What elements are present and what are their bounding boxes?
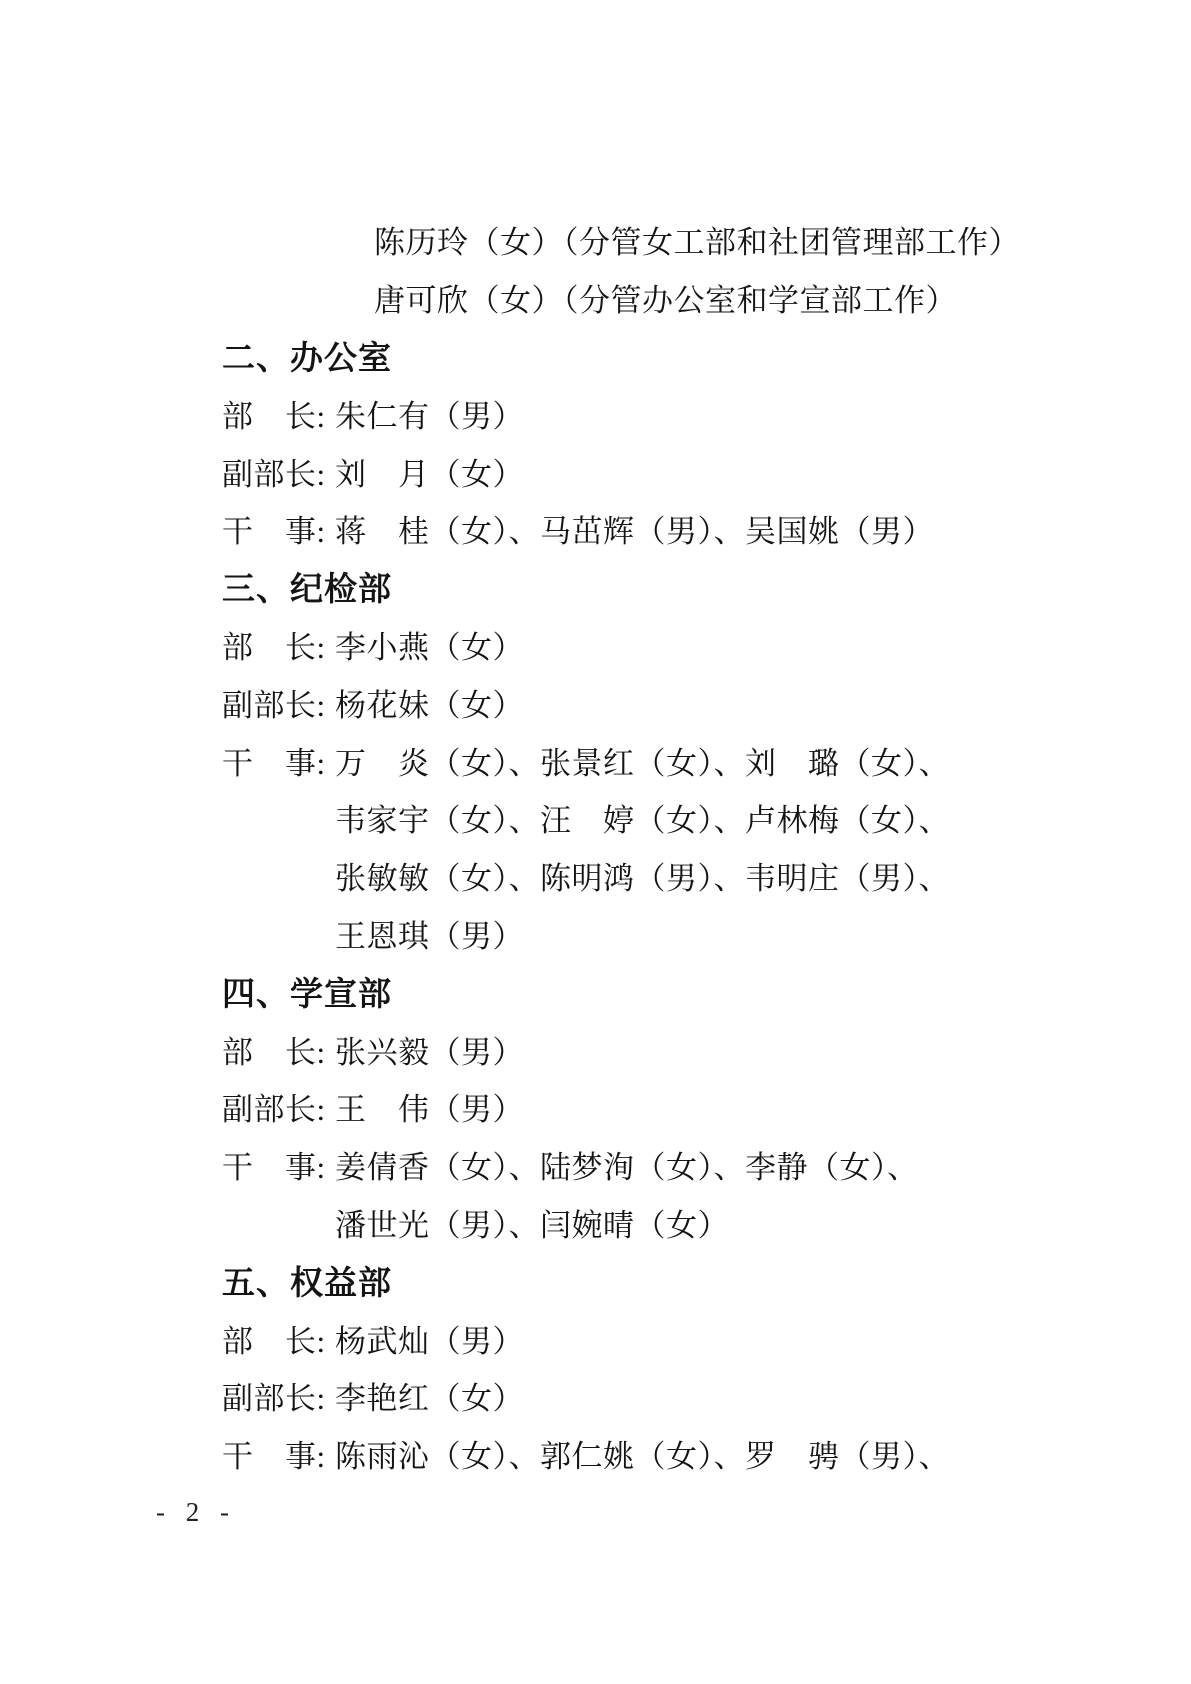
role-row: 部 长: 朱仁有（男） — [222, 384, 1012, 442]
role-label: 副部长: — [222, 449, 335, 494]
role-row: 部 长: 李小燕（女） — [222, 616, 1012, 674]
role-label: 部 长: — [222, 622, 335, 667]
role-row: 副部长: 杨花妹（女） — [222, 673, 1012, 731]
duty-line: 唐可欣（女）（分管办公室和学宣部工作） — [222, 269, 1012, 327]
role-label: 副部长: — [222, 1084, 335, 1129]
role-label: 干 事: — [222, 1142, 335, 1187]
members-line: 潘世光（男）、闫婉晴（女） — [335, 1200, 729, 1245]
role-row: 副部长: 王 伟（男） — [222, 1078, 1012, 1136]
role-row: 部 长: 杨武灿（男） — [222, 1309, 1012, 1367]
members-line: 王 伟（男） — [335, 1084, 524, 1129]
members-line: 李小燕（女） — [335, 622, 524, 667]
role-row: 干 事: 陈雨沁（女）、郭仁姚（女）、罗 骋（男）、 — [222, 1425, 1012, 1483]
role-row: 副部长: 刘 月（女） — [222, 442, 1012, 500]
duty-line: 陈历玲（女）（分管女工部和社团管理部工作） — [222, 211, 1012, 269]
members-line: 李艳红（女） — [335, 1373, 524, 1418]
members-line: 韦家宇（女）、汪 婷（女）、卢林梅（女）、 — [335, 795, 950, 840]
members-line: 杨武灿（男） — [335, 1316, 524, 1361]
section-heading-text: 五、权益部 — [222, 1257, 392, 1304]
members-line: 张敏敏（女）、陈明鸿（男）、韦明庄（男）、 — [335, 853, 950, 898]
role-label: 部 长: — [222, 391, 335, 436]
members-line: 万 炎（女）、张景红（女）、刘 璐（女）、 — [335, 738, 950, 783]
members-continuation-line: 韦家宇（女）、汪 婷（女）、卢林梅（女）、 — [222, 789, 1012, 847]
members-line: 刘 月（女） — [335, 449, 524, 494]
members-line: 杨花妹（女） — [335, 680, 524, 725]
role-label: 副部长: — [222, 680, 335, 725]
role-label: 干 事: — [222, 506, 335, 551]
document-page: 陈历玲（女）（分管女工部和社团管理部工作） 唐可欣（女）（分管办公室和学宣部工作… — [0, 0, 1191, 1684]
role-row: 副部长: 李艳红（女） — [222, 1367, 1012, 1425]
section-heading-rights: 五、权益部 — [222, 1251, 1012, 1309]
role-label: 干 事: — [222, 1431, 335, 1476]
members-continuation-line: 张敏敏（女）、陈明鸿（男）、韦明庄（男）、 — [222, 847, 1012, 905]
members-line: 陈雨沁（女）、郭仁姚（女）、罗 骋（男）、 — [335, 1431, 950, 1476]
role-row: 部 长: 张兴毅（男） — [222, 1020, 1012, 1078]
members-line: 蒋 桂（女）、马茁辉（男）、吴国姚（男） — [335, 506, 934, 551]
duty-line-text: 陈历玲（女）（分管女工部和社团管理部工作） — [374, 217, 1020, 262]
role-row: 干 事: 蒋 桂（女）、马茁辉（男）、吴国姚（男） — [222, 500, 1012, 558]
section-heading-office: 二、办公室 — [222, 327, 1012, 385]
section-heading-publicity: 四、学宣部 — [222, 962, 1012, 1020]
role-label: 部 长: — [222, 1027, 335, 1072]
section-heading-discipline: 三、纪检部 — [222, 558, 1012, 616]
members-line: 朱仁有（男） — [335, 391, 524, 436]
members-continuation-line: 潘世光（男）、闫婉晴（女） — [222, 1194, 1012, 1252]
role-label: 部 长: — [222, 1316, 335, 1361]
section-heading-text: 二、办公室 — [222, 332, 392, 379]
members-line: 姜倩香（女）、陆梦洵（女）、李静（女）、 — [335, 1142, 919, 1187]
members-continuation-line: 王恩琪（男） — [222, 905, 1012, 963]
members-line: 王恩琪（男） — [335, 911, 524, 956]
duty-line-text: 唐可欣（女）（分管办公室和学宣部工作） — [374, 275, 957, 320]
role-label: 干 事: — [222, 738, 335, 783]
members-line: 张兴毅（男） — [335, 1027, 524, 1072]
role-row: 干 事: 万 炎（女）、张景红（女）、刘 璐（女）、 — [222, 731, 1012, 789]
document-body: 陈历玲（女）（分管女工部和社团管理部工作） 唐可欣（女）（分管办公室和学宣部工作… — [222, 211, 1012, 1483]
section-heading-text: 三、纪检部 — [222, 563, 392, 610]
role-row: 干 事: 姜倩香（女）、陆梦洵（女）、李静（女）、 — [222, 1136, 1012, 1194]
page-number: - 2 - — [156, 1497, 236, 1528]
section-heading-text: 四、学宣部 — [222, 968, 392, 1015]
role-label: 副部长: — [222, 1373, 335, 1418]
